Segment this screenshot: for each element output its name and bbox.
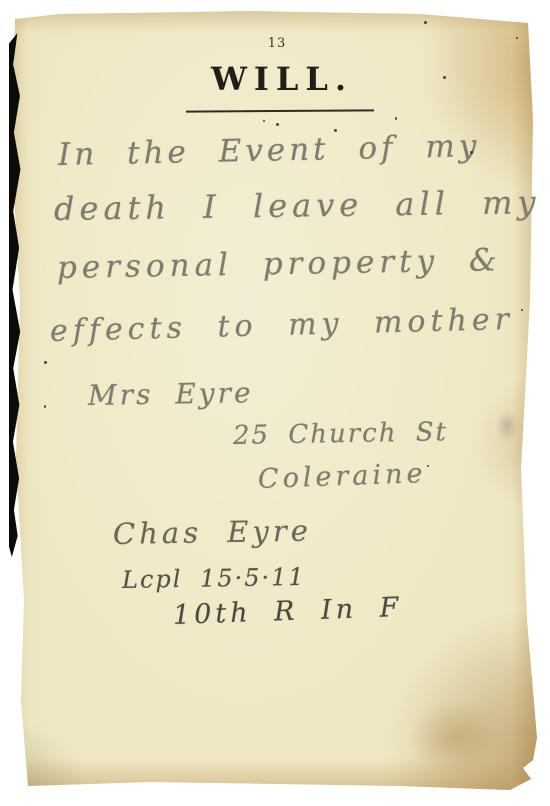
page-title: WILL. <box>211 60 353 98</box>
will-line-2: death I leave all my <box>54 183 541 228</box>
foxing-speck <box>470 151 473 154</box>
foxing-speck <box>427 465 429 467</box>
foxing-speck <box>516 37 518 39</box>
scanned-will-page: { "document": { "page_number": "13", "he… <box>0 0 550 806</box>
foxing-speck <box>263 120 265 122</box>
foxing-speck <box>334 129 337 132</box>
will-line-9-rank-and-date: Lcpl 15·5·11 <box>122 563 306 594</box>
foxing-speck <box>424 21 427 24</box>
foxing-speck <box>44 405 46 408</box>
foxing-speck <box>521 309 523 311</box>
will-line-6-address-street: 25 Church St <box>233 417 448 451</box>
foxing-speck <box>276 123 279 126</box>
will-line-7-address-town: Coleraine <box>257 458 427 495</box>
age-stain <box>395 690 515 785</box>
foxing-speck <box>395 117 397 120</box>
will-line-8-signature: Chas Eyre <box>113 514 312 551</box>
paper-page <box>0 0 550 806</box>
foxing-speck <box>443 76 446 79</box>
ink-smudge <box>492 405 522 447</box>
will-line-5-beneficiary-name: Mrs Eyre <box>88 376 254 412</box>
page-number: 13 <box>268 36 287 51</box>
foxing-speck <box>44 361 47 364</box>
